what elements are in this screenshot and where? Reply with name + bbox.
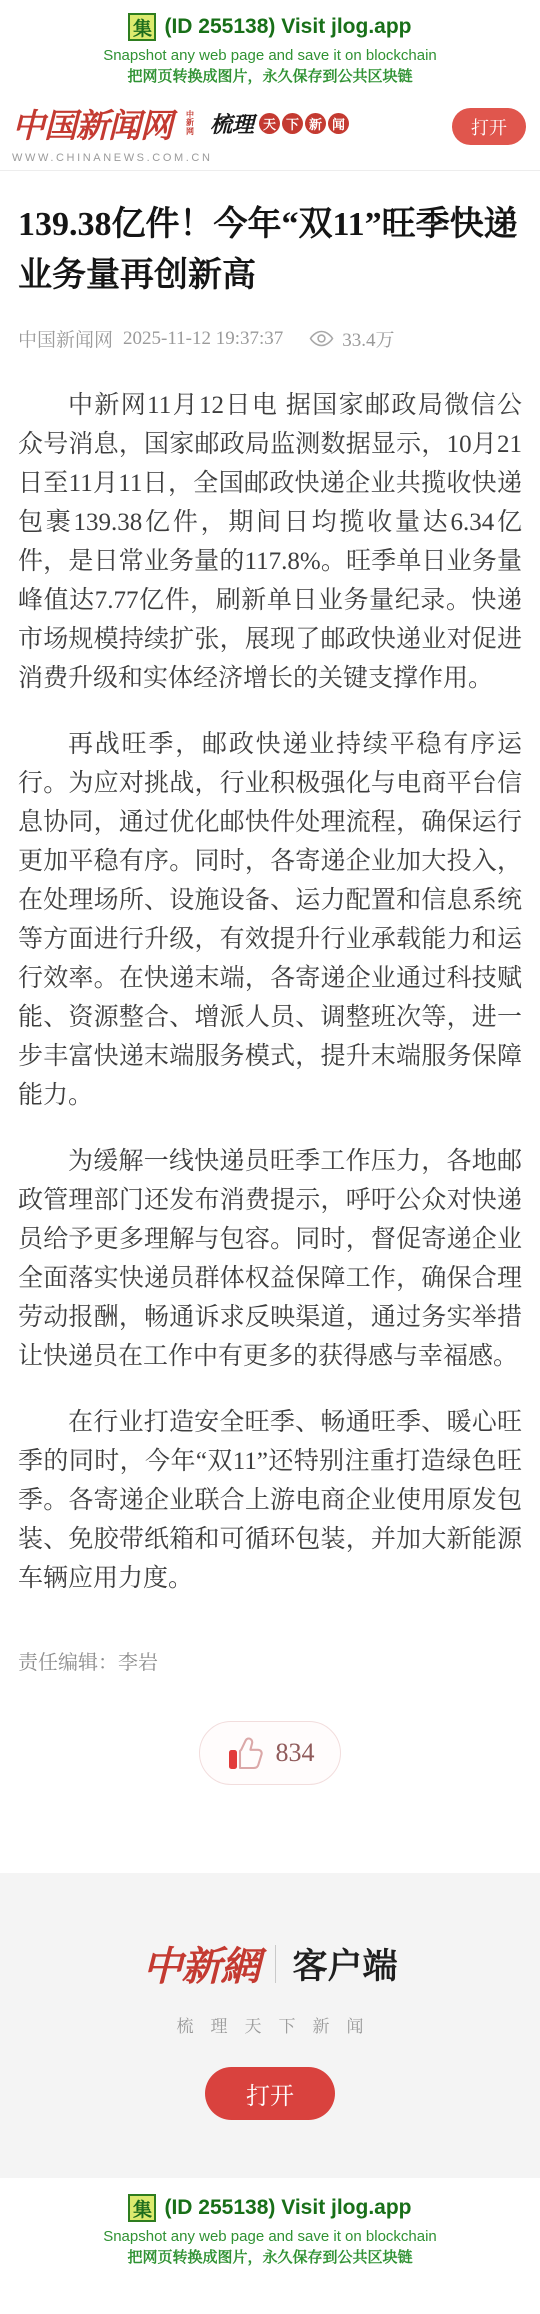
- site-url: WWW.CHINANEWS.COM.CN: [12, 152, 349, 164]
- editor-line: 责任编辑：李岩: [18, 1646, 522, 1675]
- chinanews-tagline: 梳理 天 下 新 闻: [210, 108, 349, 139]
- jlog-banner-bottom: 集 (ID 255138) Visit jlog.app Snapshot an…: [0, 2178, 540, 2277]
- tagline-circle-4: 闻: [328, 113, 349, 134]
- footer-slogan: 梳理天下新闻: [0, 2012, 540, 2037]
- tagline-prefix: 梳理: [210, 108, 254, 139]
- eye-icon: [309, 330, 334, 347]
- app-footer: 中新網 客户端 梳理天下新闻 打开: [0, 1873, 540, 2178]
- article-title: 139.38亿件！今年“双11”旺季快递业务量再创新高: [18, 199, 522, 301]
- article: 139.38亿件！今年“双11”旺季快递业务量再创新高 中国新闻网 2025-1…: [0, 199, 540, 1675]
- jlog-banner-subtitle-en: Snapshot any web page and save it on blo…: [0, 47, 540, 64]
- page: 集 (ID 255138) Visit jlog.app Snapshot an…: [0, 0, 540, 2277]
- chinanews-logo-side: 中新网: [186, 111, 196, 136]
- like-count: 834: [276, 1738, 315, 1768]
- chinanews-logo: 中国新闻网: [12, 100, 172, 147]
- article-source: 中国新闻网: [18, 325, 113, 352]
- jlog-logo-icon: 集: [128, 2194, 156, 2222]
- jlog-banner-subtitle-zh: 把网页转换成图片，永久保存到公共区块链: [0, 65, 540, 92]
- paragraph: 为缓解一线快递员旺季工作压力，各地邮政管理部门还发布消费提示，呼吁公众对快递员给…: [18, 1142, 522, 1376]
- tagline-circle-1: 天: [259, 113, 280, 134]
- footer-divider: [275, 1945, 276, 1983]
- paragraph: 在行业打造安全旺季、畅通旺季、暖心旺季的同时，今年“双11”还特别注重打造绿色旺…: [18, 1403, 522, 1598]
- jlog-logo-icon: 集: [128, 13, 156, 41]
- jlog-banner-subtitle-en: Snapshot any web page and save it on blo…: [0, 2228, 540, 2245]
- jlog-banner-top: 集 (ID 255138) Visit jlog.app Snapshot an…: [0, 0, 540, 92]
- paragraph: 中新网11月12日电 据国家邮政局微信公众号消息，国家邮政局监测数据显示，10月…: [18, 386, 522, 698]
- chinanews-brand[interactable]: 中国新闻网 中新网 梳理 天 下 新 闻 WWW.CHINANEWS.COM.C…: [12, 100, 349, 164]
- footer-chinanews-logo: 中新網: [142, 1935, 259, 1992]
- jlog-banner-subtitle-zh: 把网页转换成图片，永久保存到公共区块链: [0, 2246, 540, 2273]
- like-button[interactable]: 834: [199, 1721, 341, 1785]
- article-body: 中新网11月12日电 据国家邮政局微信公众号消息，国家邮政局监测数据显示，10月…: [18, 386, 522, 1598]
- article-byline: 中国新闻网 2025-11-12 19:37:37 33.4万: [18, 325, 522, 352]
- jlog-banner-title[interactable]: (ID 255138) Visit jlog.app: [164, 2196, 411, 2220]
- open-app-button-header[interactable]: 打开: [452, 108, 526, 145]
- paragraph: 再战旺季，邮政快递业持续平稳有序运行。为应对挑战，行业积极强化与电商平台信息协同…: [18, 725, 522, 1115]
- footer-app-label: 客户端: [292, 1939, 397, 1989]
- open-app-button-footer[interactable]: 打开: [205, 2067, 335, 2120]
- view-count: 33.4万: [342, 325, 394, 352]
- thumbs-up-icon: [226, 1735, 266, 1771]
- tagline-circle-2: 下: [282, 113, 303, 134]
- tagline-circle-3: 新: [305, 113, 326, 134]
- site-header: 中国新闻网 中新网 梳理 天 下 新 闻 WWW.CHINANEWS.COM.C…: [0, 92, 540, 171]
- jlog-banner-title[interactable]: (ID 255138) Visit jlog.app: [164, 15, 411, 39]
- article-timestamp: 2025-11-12 19:37:37: [123, 328, 283, 350]
